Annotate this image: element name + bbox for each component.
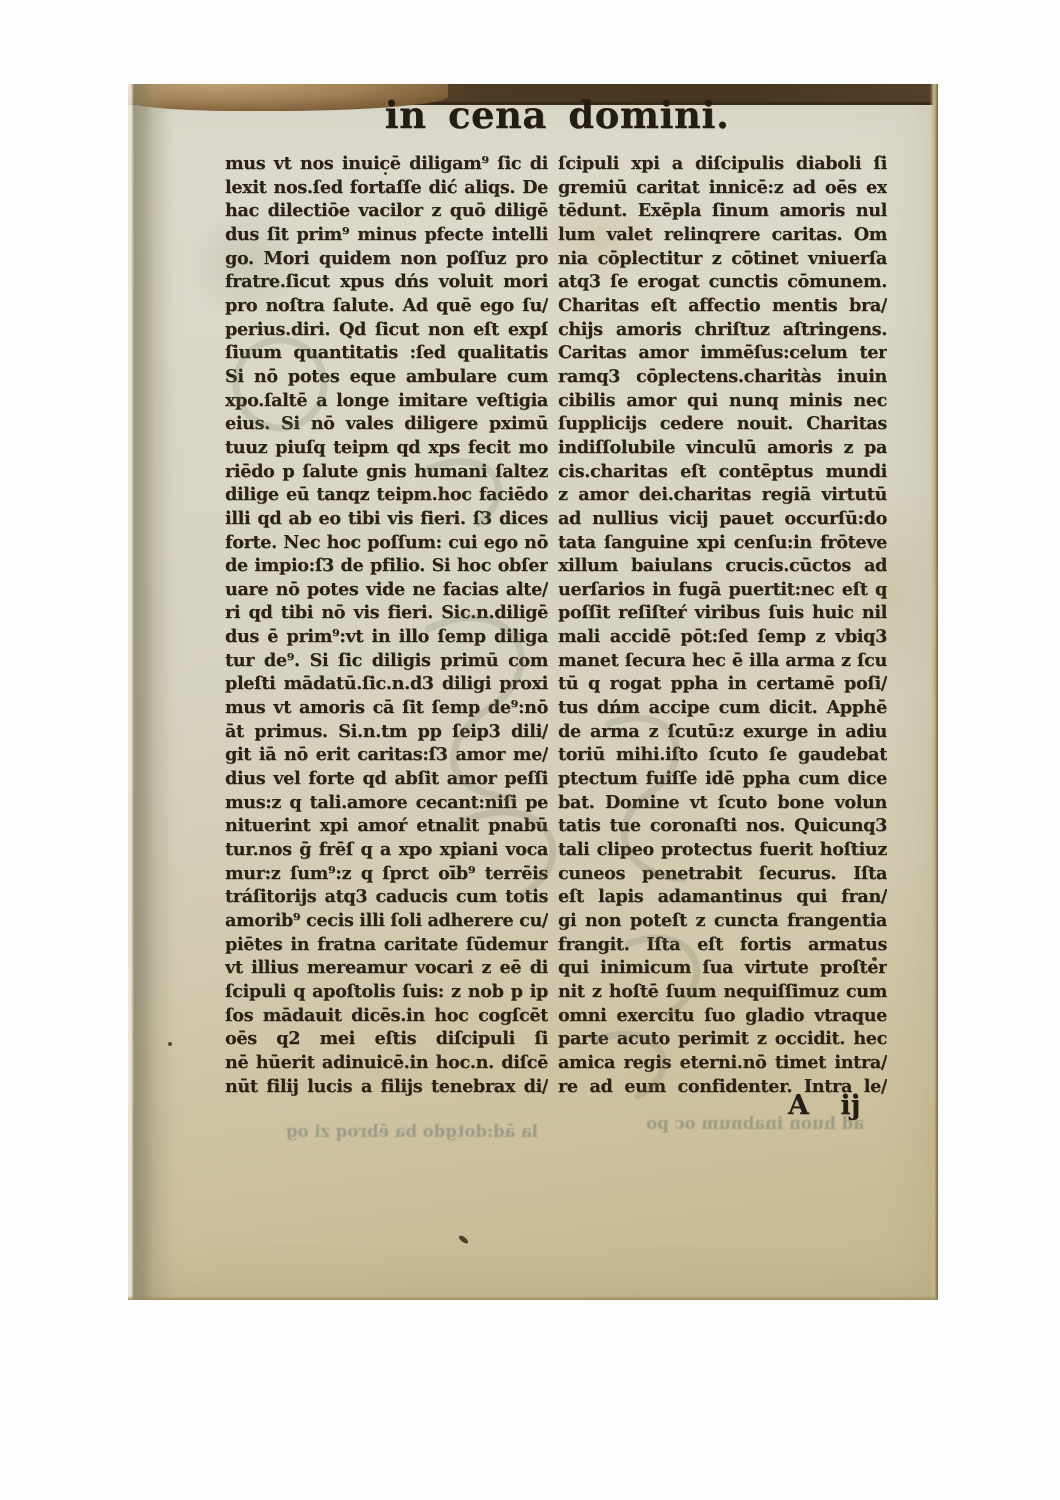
text-line: ptectum fuiſſe idē ppha cum dice — [558, 767, 887, 791]
running-title: in cena domini. — [128, 93, 938, 137]
text-line: git iā nō erit caritas:ſ3 amor me/ — [225, 743, 548, 767]
text-line: Charitas eſt affectio mentis bra/ — [558, 294, 887, 318]
text-line: cibilis amor qui nunq minis nec — [558, 389, 887, 413]
text-line: tur.nos ḡ frēſ q a xpo xpiani voca — [225, 838, 548, 862]
text-line: indiſſolubile vinculū amoris z pa — [558, 436, 887, 460]
book-page: in cena domini. mus vt nos inuicē diliga… — [128, 84, 938, 1300]
text-line: toriū mihi.iſto ſcuto ſe gaudebat — [558, 743, 887, 767]
text-line: poſſit reſiſteŕ viribus ſuis huic nil — [558, 601, 887, 625]
text-line: atq3 ſe erogat cunctis cōmunem. — [558, 270, 887, 294]
show-through-text-left: la ād:dotgdo ba ēbroq zi og — [228, 1122, 538, 1141]
text-line: ramq3 cōplectens.charitàs inuin — [558, 365, 887, 389]
text-line: omni exercitu ſuo gladio vtraque — [558, 1004, 887, 1028]
text-line: cis.charitas eſt contēptus mundi — [558, 460, 887, 484]
text-line: tēdunt. Exēpla ſinum amoris nul — [558, 199, 887, 223]
text-line: fratre.ſicut xpus dńs voluit mori — [225, 270, 548, 294]
text-line: hac dilectiōe vacilor z quō diligē — [225, 199, 548, 223]
text-line: tráſitorijs atq3 caducis cum totis — [225, 885, 548, 909]
text-line: tata ſanguine xpi cenſu:in frōteve — [558, 531, 887, 555]
text-line: tū q rogat ppha in certamē poſi/ — [558, 672, 887, 696]
text-line: go. Mori quidem non poſſuz pro — [225, 247, 548, 271]
text-line: gi non poteſt z cuncta frangentia — [558, 909, 887, 933]
text-line: tur de⁹. Si ſic diligis primū com — [225, 649, 548, 673]
text-line: tuuz piuſq teipm qd xps fecit mo — [225, 436, 548, 460]
text-line: dius vel forte qd abſit amor peſſi — [225, 767, 548, 791]
text-line: pleſti mādatū.ſic.n.d3 diligi proxi — [225, 672, 548, 696]
text-line: tatis tue coronaſti nos. Quicunq3 — [558, 814, 887, 838]
text-line: eius. Si nō vales diligere pximū — [225, 412, 548, 436]
text-line: z amor dei.charitas regiā virtutū — [558, 483, 887, 507]
text-line: qui inimicum ſua virtute proſter — [558, 956, 887, 980]
text-line: chijs amoris chriſtuz aſtringens. — [558, 318, 887, 342]
text-line: frangit. Iſta eſt fortis armatus — [558, 933, 887, 957]
ink-speck — [384, 172, 387, 175]
text-line: de arma z ſcutū:z exurge in adiu — [558, 720, 887, 744]
text-line: nē hūerit adinuicē.in hoc.n. diſcē — [225, 1051, 548, 1075]
page-bottom-edge — [128, 1296, 938, 1300]
text-line: gremiū caritat innicē:z ad oēs ex — [558, 176, 887, 200]
text-line: amica regis eterni.nō timet intra/ — [558, 1051, 887, 1075]
text-line: tus dńm accipe cum dicit. Apphē — [558, 696, 887, 720]
text-line: xillum baiulans crucis.cūctos ad — [558, 554, 887, 578]
text-line: uerſarios in fugā puertit:nec eſt q — [558, 578, 887, 602]
page-right-edge — [930, 84, 938, 1300]
text-line: mus:z q tali.amore cecant:niſi pe — [225, 791, 548, 815]
text-line: ad nullius vicij pauet occurſū:do — [558, 507, 887, 531]
text-line: ſupplicijs cedere nouit. Charitas — [558, 412, 887, 436]
text-line: dilige eū tanqz teipm.hoc faciēdo — [225, 483, 548, 507]
text-line: ſiuum quantitatis :ſed qualitatis — [225, 341, 548, 365]
text-line: illi qd ab eo tibi vis fieri. ſ3 dices — [225, 507, 548, 531]
text-line: dus ē prim⁹:vt in illo ſemp diliga — [225, 625, 548, 649]
gutter-shadow — [128, 84, 174, 1300]
show-through-text-right: ad huon inabnum oc po — [564, 1114, 864, 1133]
left-text-column: mus vt nos inuicē diligam⁹ ſic dilexit n… — [225, 152, 548, 1098]
text-line: nia cōplectitur z cōtinet vniuerſa — [558, 247, 887, 271]
text-line: forte. Nec hoc poſſum: cui ego nō — [225, 531, 548, 555]
text-line: manet ſecura hec ē illa arma z ſcu — [558, 649, 887, 673]
text-line: eſt lapis adamantinus qui fran/ — [558, 885, 887, 909]
text-line: piētes in fratna caritate ſūdemur — [225, 933, 548, 957]
text-line: uare nō potes vide ne facias alte/ — [225, 578, 548, 602]
text-line: tali clipeo protectus fuerit hoſtiuz — [558, 838, 887, 862]
text-line: riēdo p ſalute gnis humani ſaltez — [225, 460, 548, 484]
text-line: ri qd tibi nō vis fieri. Sic.n.diligē — [225, 601, 548, 625]
text-line: Si nō potes eque ambulare cum — [225, 365, 548, 389]
text-line: parte acuto perimit z occidit. hec — [558, 1027, 887, 1051]
text-line: oēs q2 mei eſtis diſcipuli ſi dilectō — [225, 1027, 548, 1051]
text-line: pro noſtra ſalute. Ad quē ego ſu/ — [225, 294, 548, 318]
text-line: ſos mādauit dicēs.in hoc cogſcēt — [225, 1004, 548, 1028]
text-line: lexit nos.ſed fortaſſe dić aliqs. De — [225, 176, 548, 200]
text-line: de impio:ſ3 de pfilio. Si hoc obſer — [225, 554, 548, 578]
text-line: nit z hoſtē ſuum nequiſſimuz cum — [558, 980, 887, 1004]
ink-speck — [872, 957, 877, 961]
text-line: āt primus. Si.n.tm pp ſeip3 dili/ — [225, 720, 548, 744]
text-line: mali accidē pōt:ſed ſemp z vbiq3 — [558, 625, 887, 649]
text-line: amorib⁹ cecis illi ſoli adherere cu/ — [225, 909, 548, 933]
text-line: xpo.ſaltē a longe imitare veſtigia — [225, 389, 548, 413]
text-line: cuneos penetrabit ſecurus. Iſta — [558, 862, 887, 886]
text-line: mus vt amoris cā ſit ſemp de⁹:nō — [225, 696, 548, 720]
text-line: dus ſit prim⁹ minus pfecte intelli — [225, 223, 548, 247]
text-line: perius.diri. Qd ſicut non eſt expſ — [225, 318, 548, 342]
text-line: Caritas amor immēſus:celum ter — [558, 341, 887, 365]
text-line: nituerint xpi amoŕ etnalit pnabū — [225, 814, 548, 838]
text-line: bat. Domine vt ſcuto bone volun — [558, 791, 887, 815]
text-line: ſcipuli xpi a diſcipulis diaboli ſi — [558, 152, 887, 176]
ink-speck — [458, 1234, 470, 1245]
text-line: ſcipuli q apoſtolis ſuis: z nob p ip — [225, 980, 548, 1004]
text-line: mur:z ſum⁹:z q ſprct oīb⁹ terrēis — [225, 862, 548, 886]
text-line: nūt filij lucis a filijs tenebrax di/ — [225, 1075, 548, 1099]
text-line: vt illius mereamur vocari z eē di — [225, 956, 548, 980]
right-text-column: ſcipuli xpi a diſcipulis diaboli ſigremi… — [558, 152, 887, 1098]
text-line: lum valet relinqrere caritas. Om — [558, 223, 887, 247]
